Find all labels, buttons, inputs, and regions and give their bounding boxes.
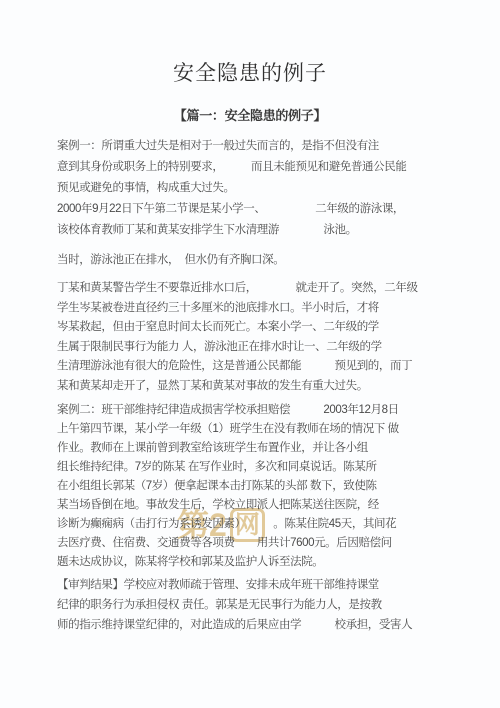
- text-line: 2000年9月22日下午第二节课是某小学一、 二年级的游泳课，: [57, 199, 457, 220]
- text-line: 学生岑某被卷进直径约三十多厘米的池底排水口。半小时后，才将: [57, 299, 457, 319]
- paragraph-case1-detail: 丁某和黄某警告学生不要靠近排水口后， 就走开了。突然，二年级学生岑某被卷进直径约…: [57, 279, 457, 396]
- text-line: 预见或避免的事情，构成重大过失。: [57, 178, 457, 199]
- text-line: 意到其身份或职务上的特别要求， 而且未能预见和避免普通公民能: [57, 157, 457, 178]
- text-line: 某当场昏倒在地。事故发生后，学校立即派人把陈某送往医院，经: [57, 496, 457, 515]
- text-line: 某和黄某却走开了，显然丁某和黄某对事故的发生有重大过失。: [57, 377, 457, 397]
- text-line: 案例一：所谓重大过失是相对于一般过失而言的，是指不但没有注: [57, 136, 457, 157]
- document-page: 安全隐患的例子 【篇一：安全隐患的例子】 案例一：所谓重大过失是相对于一般过失而…: [0, 0, 500, 708]
- paragraph-case1-intro: 案例一：所谓重大过失是相对于一般过失而言的，是指不但没有注意到其身份或职务上的特…: [57, 136, 457, 199]
- text-line: 岑某救起，但由于窒息时间太长而死亡。本案小学一、二年级的学: [57, 318, 457, 338]
- text-line: 纪律的职务行为承担侵权 责任。郭某是无民事行为能力人，是按教: [57, 595, 457, 615]
- text-line: 作业。教师在上课前曾到教室给该班学生布置作业，并让各小组: [57, 439, 457, 458]
- text-line: 该校体育教师丁某和黄某安排学生下水清理游 泳池。: [57, 220, 457, 241]
- page-title: 安全隐患的例子: [0, 60, 500, 87]
- text-line: 当时，游泳池正在排水， 但水仍有齐胸口深。: [57, 250, 457, 271]
- text-line: 去医疗费、住宿费、交通费等各项费 用共计7600元。后因赔偿问: [57, 534, 457, 553]
- paragraph-case2-detail: 案例二：班干部维持纪律造成损害学校承担赔偿 2003年12月8日上午第四节课，某…: [57, 401, 457, 572]
- text-line: 生属于限制民事行为能力 人，游泳池正在排水时让一、二年级的学: [57, 338, 457, 358]
- text-line: 在小组组长郭某（7岁）便拿起课本击打陈某的头部 数下，致使陈: [57, 477, 457, 496]
- text-line: 诊断为癫痫病（击打行为系诱发因素） 。陈某住院45天，其间花: [57, 515, 457, 534]
- paragraph-case1-pool: 当时，游泳池正在排水， 但水仍有齐胸口深。: [57, 250, 457, 271]
- text-line: 组长维持纪律。7岁的陈某 在写作业时，多次和同桌说话。陈某所: [57, 458, 457, 477]
- text-line: 上午第四节课，某小学一年级（1）班学生在没有教师在场的情况下 做: [57, 420, 457, 439]
- paragraph-case1-date: 2000年9月22日下午第二节课是某小学一、 二年级的游泳课，该校体育教师丁某和…: [57, 199, 457, 241]
- text-line: 题未达成协议，陈某将学校和郭某及监护人诉至法院。: [57, 553, 457, 572]
- text-line: 【审判结果】学校应对教师疏于管理、安排未成年班干部维持课堂: [57, 575, 457, 595]
- text-line: 生清理游泳池有很大的危险性，这是普通公民都能 预见到的，而丁: [57, 357, 457, 377]
- text-line: 师的指示维持课堂纪律的，对此造成的后果应由学 校承担，受害人: [57, 615, 457, 635]
- paragraph-verdict: 【审判结果】学校应对教师疏于管理、安排未成年班干部维持课堂纪律的职务行为承担侵权…: [57, 575, 457, 635]
- section-subtitle: 【篇一：安全隐患的例子】: [0, 106, 500, 125]
- text-line: 丁某和黄某警告学生不要靠近排水口后， 就走开了。突然，二年级: [57, 279, 457, 299]
- text-line: 案例二：班干部维持纪律造成损害学校承担赔偿 2003年12月8日: [57, 401, 457, 420]
